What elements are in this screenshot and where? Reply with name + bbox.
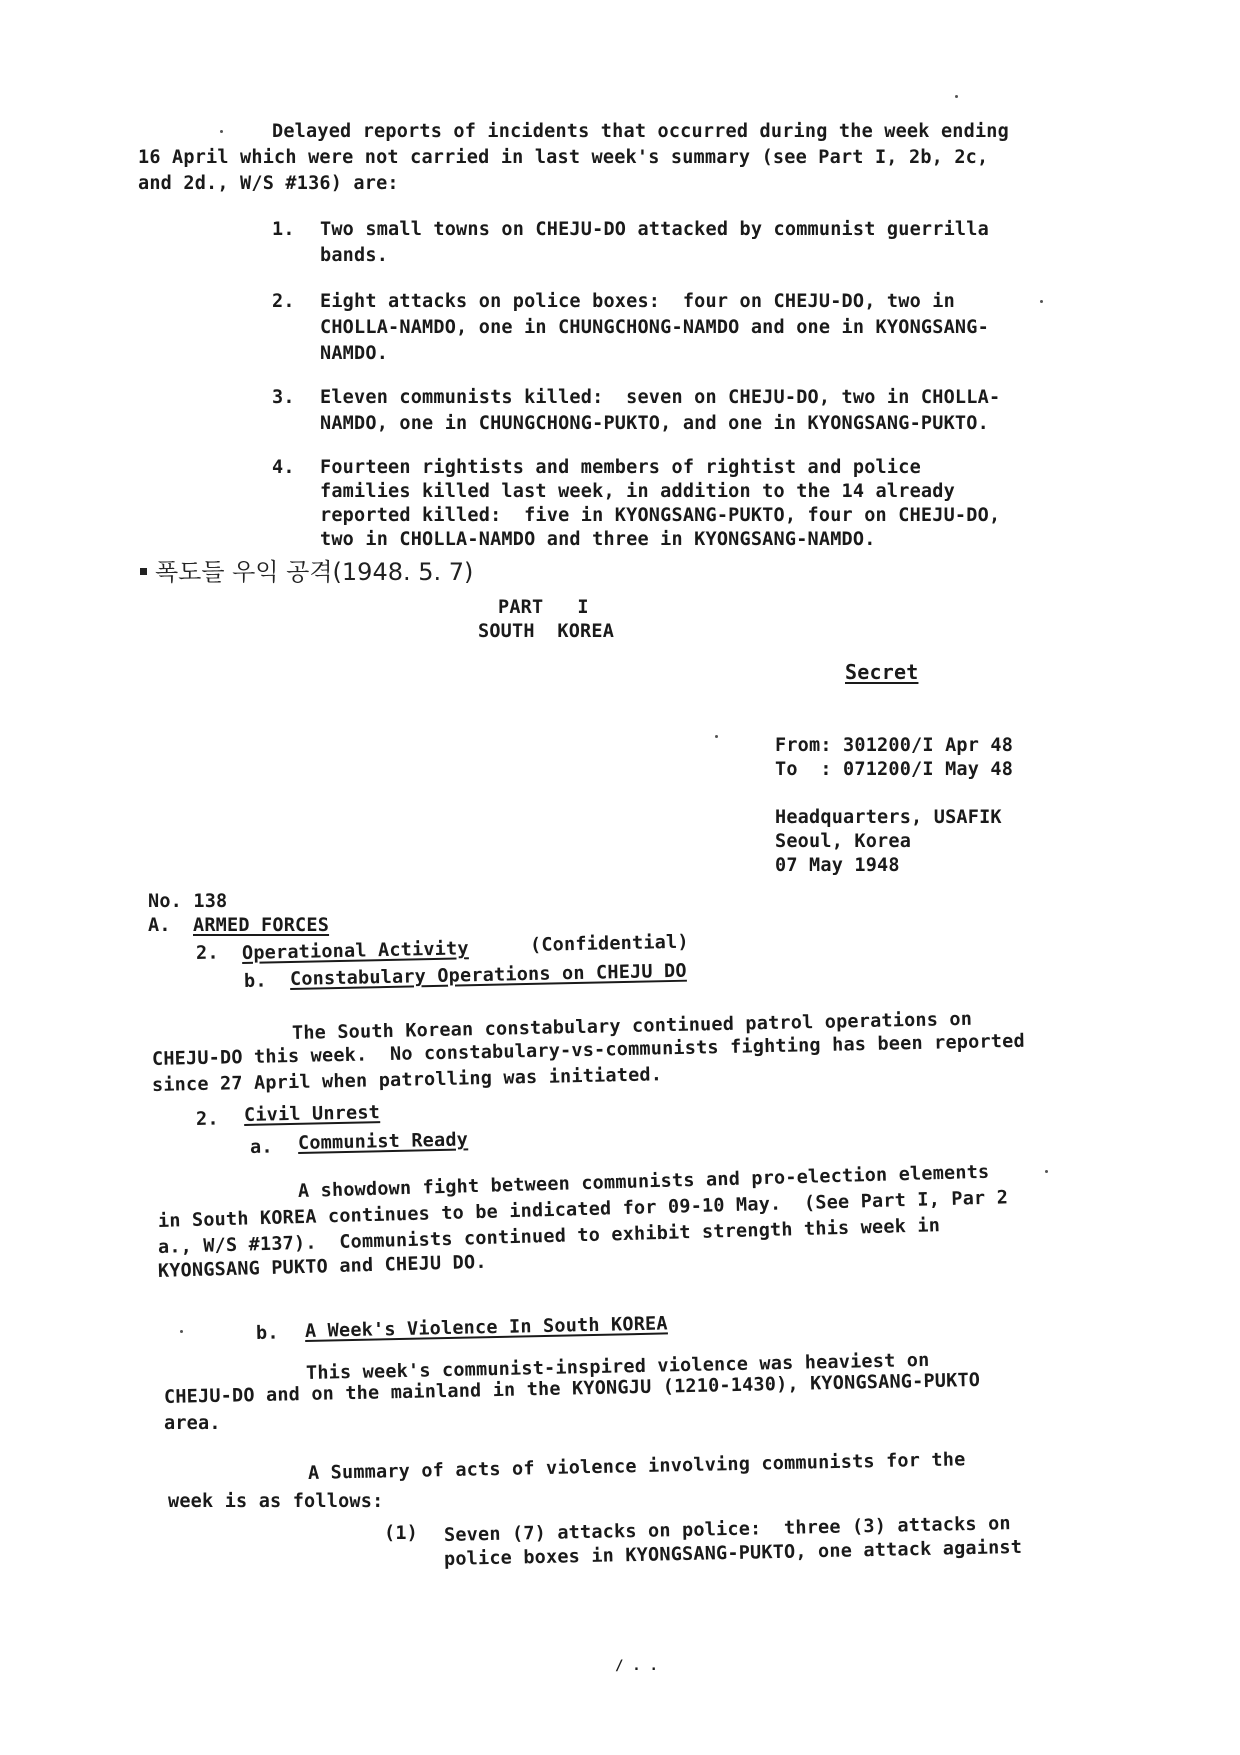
- subsection-2b-number: b.: [244, 970, 267, 994]
- caption-text: 폭도들 우익 공격(1948. 5. 7): [155, 558, 473, 586]
- intro-line-3: and 2d., W/S #136) are:: [138, 172, 399, 196]
- korean-caption: 폭도들 우익 공격(1948. 5. 7): [140, 552, 473, 587]
- section-a-number: A.: [148, 914, 171, 938]
- classification-label: Secret: [845, 660, 918, 684]
- communist-ready-number: a.: [250, 1136, 273, 1160]
- item-line: bands.: [320, 244, 388, 268]
- para-violence-line-3: area.: [164, 1412, 221, 1436]
- intro-line-2: 16 April which were not carried in last …: [138, 146, 988, 170]
- item-number: 1.: [272, 218, 295, 242]
- scan-speck: [715, 735, 718, 738]
- subsection-2-title: Operational Activity: [242, 937, 469, 966]
- civil-unrest-title: Civil Unrest: [244, 1101, 381, 1128]
- item-line: NAMDO, one in CHUNGCHONG-PUKTO, and one …: [320, 412, 989, 436]
- item-number: 4.: [272, 456, 295, 480]
- intro-line-1: Delayed reports of incidents that occurr…: [272, 120, 1009, 144]
- report-number: No. 138: [148, 890, 227, 914]
- communist-ready-title: Communist Ready: [298, 1128, 469, 1156]
- item-line: Two small towns on CHEJU-DO attacked by …: [320, 218, 989, 242]
- page-mark: / . .: [615, 1654, 658, 1678]
- bullet-icon: [140, 568, 147, 575]
- subsection-2-number: 2.: [196, 942, 219, 966]
- item-line: Fourteen rightists and members of righti…: [320, 456, 921, 480]
- confidential-note: (Confidential): [530, 931, 689, 958]
- item-line: two in CHOLLA-NAMDO and three in KYONGSA…: [320, 528, 876, 552]
- civil-unrest-number: 2.: [196, 1108, 219, 1132]
- part-subheader: SOUTH KOREA: [478, 620, 614, 644]
- item-line: CHOLLA-NAMDO, one in CHUNGCHONG-NAMDO an…: [320, 316, 989, 340]
- part-header: PART I: [498, 596, 589, 620]
- scan-speck: [180, 1330, 183, 1333]
- violence-number: b.: [256, 1322, 279, 1346]
- period-to: To : 071200/I May 48: [775, 758, 1013, 782]
- origin-date: 07 May 1948: [775, 854, 900, 878]
- item-line: Eight attacks on police boxes: four on C…: [320, 290, 955, 314]
- item-number: (1): [384, 1522, 418, 1546]
- subsection-2b-title: Constabulary Operations on CHEJU DO: [290, 960, 687, 992]
- period-from: From: 301200/I Apr 48: [775, 734, 1013, 758]
- item-number: 2.: [272, 290, 295, 314]
- item-line: NAMDO.: [320, 342, 388, 366]
- section-a-title: ARMED FORCES: [193, 914, 329, 938]
- item-line: Eleven communists killed: seven on CHEJU…: [320, 386, 1000, 410]
- item-number: 3.: [272, 386, 295, 410]
- origin-hq: Headquarters, USAFIK: [775, 806, 1002, 830]
- item-line: reported killed: five in KYONGSANG-PUKTO…: [320, 504, 1000, 528]
- item-line: families killed last week, in addition t…: [320, 480, 955, 504]
- scan-speck: [1045, 1170, 1048, 1173]
- scan-speck: [1040, 300, 1043, 303]
- violence-title: A Week's Violence In South KOREA: [305, 1312, 668, 1344]
- scan-speck: [220, 130, 223, 133]
- para-summary-line-2: week is as follows:: [168, 1490, 383, 1514]
- scan-speck: [955, 95, 958, 98]
- origin-city: Seoul, Korea: [775, 830, 911, 854]
- para-summary-line-1: A Summary of acts of violence involving …: [308, 1448, 966, 1486]
